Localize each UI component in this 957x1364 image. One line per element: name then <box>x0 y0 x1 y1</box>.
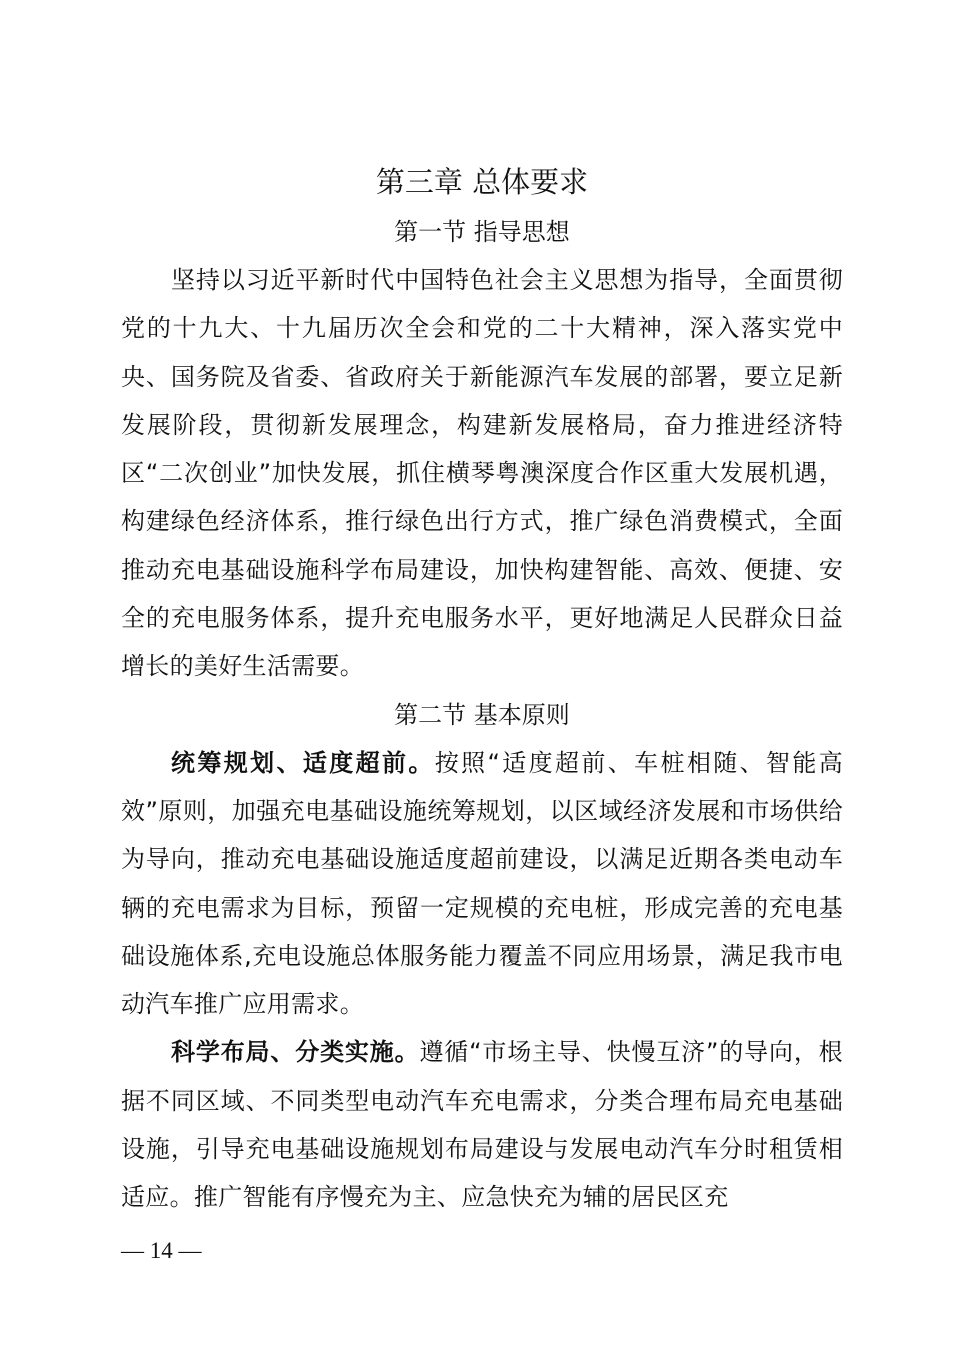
paragraph-text: 按照“适度超前、车桩相随、智能高效”原则，加强充电基础设施统筹规划，以区域经济发… <box>121 749 843 1018</box>
section-title-guiding-ideology: 第一节 指导思想 <box>121 208 843 256</box>
document-page: 第三章 总体要求 第一节 指导思想 坚持以习近平新时代中国特色社会主义思想为指导… <box>0 0 957 1364</box>
paragraph-text: 坚持以习近平新时代中国特色社会主义思想为指导，全面贯彻党的十九大、十九届历次全会… <box>121 266 843 680</box>
chapter-title: 第三章 总体要求 <box>121 156 843 208</box>
section-title-basic-principles: 第二节 基本原则 <box>121 691 843 739</box>
page-content: 第三章 总体要求 第一节 指导思想 坚持以习近平新时代中国特色社会主义思想为指导… <box>121 156 843 1222</box>
paragraph-lead: 统筹规划、适度超前。 <box>171 749 435 777</box>
paragraph-principle-layout: 科学布局、分类实施。遵循“市场主导、快慢互济”的导向，根据不同区域、不同类型电动… <box>121 1028 843 1221</box>
paragraph-lead: 科学布局、分类实施。 <box>171 1038 419 1066</box>
page-number: — 14 — <box>121 1236 202 1266</box>
paragraph-guiding-ideology: 坚持以习近平新时代中国特色社会主义思想为指导，全面贯彻党的十九大、十九届历次全会… <box>121 256 843 691</box>
paragraph-principle-planning: 统筹规划、适度超前。按照“适度超前、车桩相随、智能高效”原则，加强充电基础设施统… <box>121 739 843 1029</box>
